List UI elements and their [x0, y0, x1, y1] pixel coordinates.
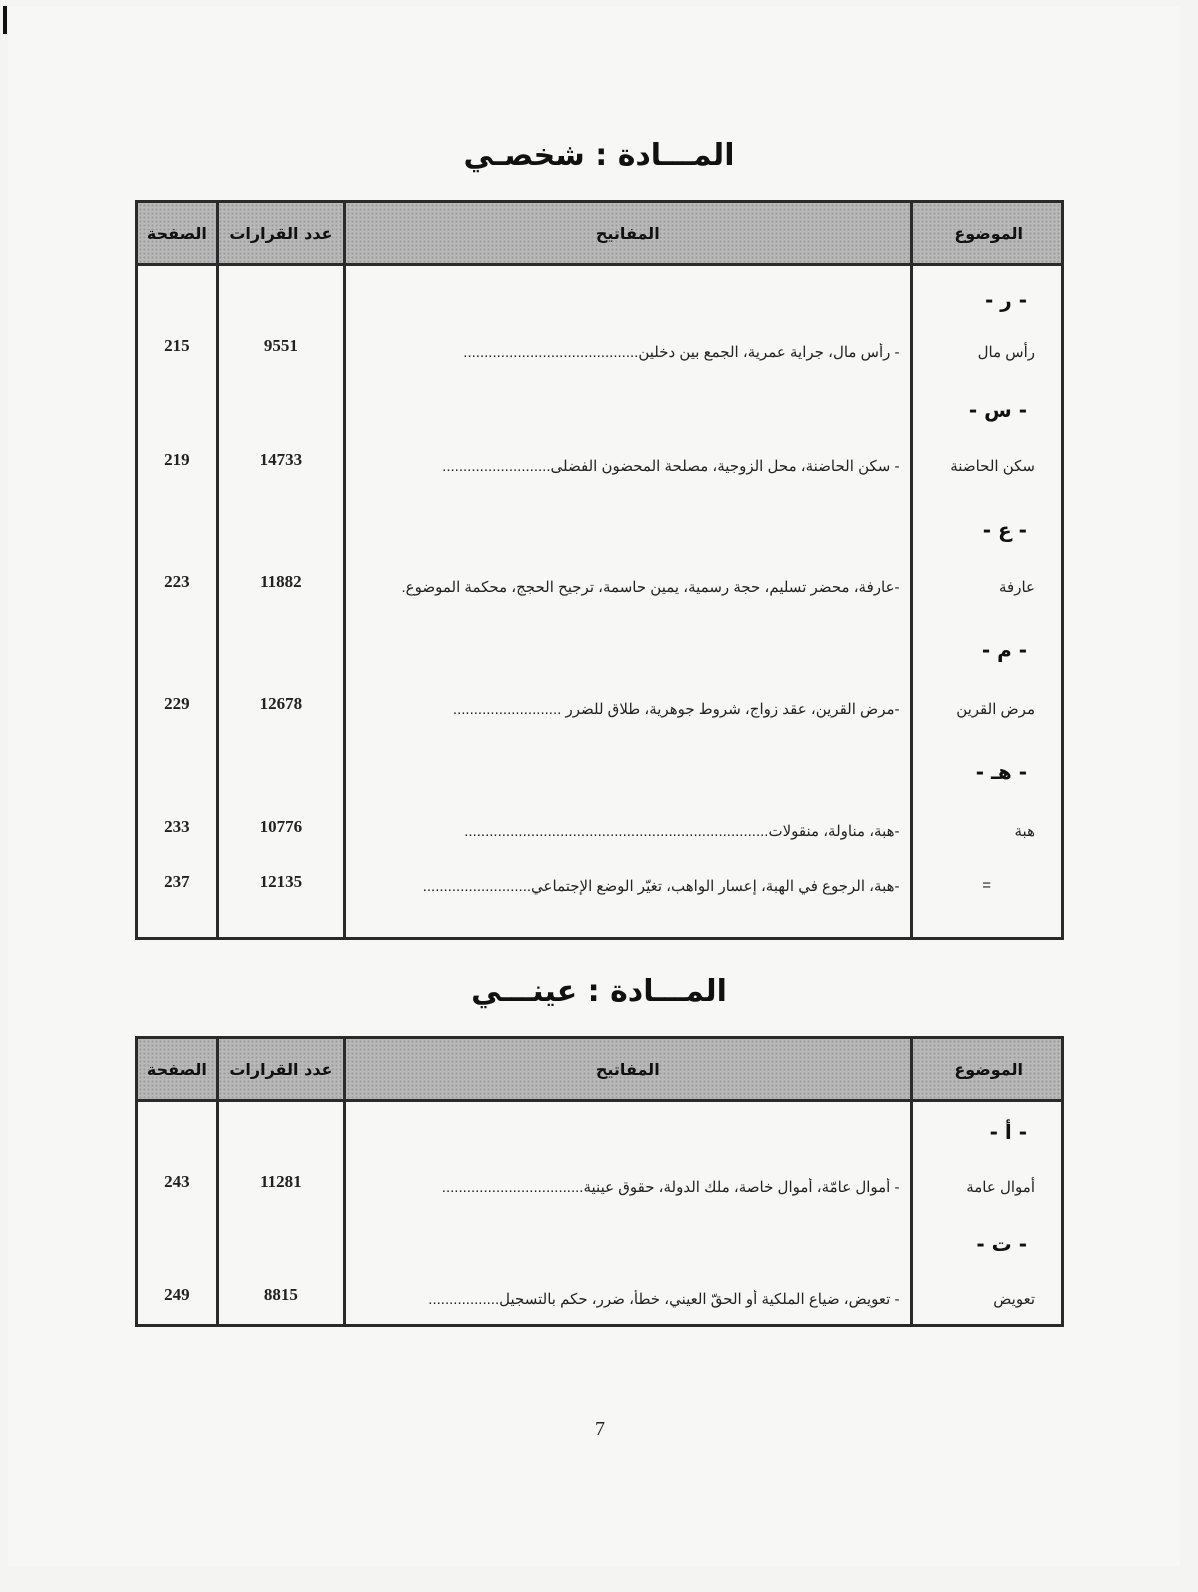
keywords-entry: -هبة، الرجوع في الهبة، إعسار الواهب، تغي… [346, 877, 910, 895]
section-title-real: المـــادة : عينـــي [135, 974, 1063, 1009]
header-keywords: المفاتيح [345, 202, 912, 265]
page-value: 215 [138, 336, 216, 356]
keywords-entry: - أموال عامّة، أموال خاصة، ملك الدولة، ح… [346, 1178, 910, 1196]
decision-number: 8815 [219, 1285, 343, 1305]
decision-number: 11281 [219, 1172, 343, 1192]
subject-entry: تعويض [913, 1290, 1061, 1308]
decision-number: 10776 [219, 817, 343, 837]
page-value: 229 [138, 694, 216, 714]
subject-entry: مرض القرين [913, 700, 1061, 718]
page-value: 249 [138, 1285, 216, 1305]
letter-heading: - هـ - [913, 760, 1061, 784]
page-value: 233 [138, 817, 216, 837]
page-number: 7 [560, 1418, 640, 1441]
letter-heading: - ع - [913, 518, 1061, 542]
letter-heading: - م - [913, 638, 1061, 662]
keywords-entry: -هبة، مناولة، منقولات...................… [346, 822, 910, 840]
decision-number: 9551 [219, 336, 343, 356]
index-table-real: الصفحة عدد القرارات المفاتيح الموضوع 243… [135, 1036, 1064, 1327]
decision-number: 12678 [219, 694, 343, 714]
keywords-entry: - سكن الحاضنة، محل الزوجية، مصلحة المحضو… [346, 457, 910, 475]
letter-heading: - أ - [913, 1120, 1061, 1144]
decision-number-column: 11281 8815 [217, 1101, 344, 1326]
header-page: الصفحة [137, 202, 218, 265]
table-header-row: الصفحة عدد القرارات المفاتيح الموضوع [137, 202, 1063, 265]
page-column: 215 219 223 229 233 237 [137, 265, 218, 939]
header-page: الصفحة [137, 1038, 218, 1101]
keywords-entry: - تعويض، ضياع الملكية أو الحقّ العيني، خ… [346, 1290, 910, 1308]
page-column: 243 249 [137, 1101, 218, 1326]
header-keywords: المفاتيح [345, 1038, 912, 1101]
subject-entry-ditto: = [913, 877, 1061, 894]
subject-entry: هبة [913, 822, 1061, 840]
subject-entry: رأس مال [913, 343, 1061, 361]
page-value: 219 [138, 450, 216, 470]
letter-heading: - ت - [913, 1232, 1061, 1256]
subject-column: - ر - رأس مال - س - سكن الحاضنة - ع - عا… [911, 265, 1062, 939]
section-title-personal: المـــادة : شخصـي [135, 138, 1063, 173]
subject-column: - أ - أموال عامة - ت - تعويض [911, 1101, 1062, 1326]
decision-number: 11882 [219, 572, 343, 592]
header-decision-count: عدد القرارات [217, 202, 344, 265]
keywords-column: - رأس مال، جراية عمرية، الجمع بين دخلين.… [345, 265, 912, 939]
scan-edge-mark [3, 6, 7, 34]
index-table-personal: الصفحة عدد القرارات المفاتيح الموضوع 215… [135, 200, 1064, 940]
decision-number: 12135 [219, 872, 343, 892]
decision-number: 14733 [219, 450, 343, 470]
keywords-column: - أموال عامّة، أموال خاصة، ملك الدولة، ح… [345, 1101, 912, 1326]
header-subject: الموضوع [911, 1038, 1062, 1101]
subject-entry: سكن الحاضنة [913, 457, 1061, 475]
letter-heading: - ر - [913, 288, 1061, 312]
letter-heading: - س - [913, 398, 1061, 422]
keywords-entry: -مرض القرين، عقد زواج، شروط جوهرية، طلاق… [346, 700, 910, 718]
page-value: 237 [138, 872, 216, 892]
subject-entry: أموال عامة [913, 1178, 1061, 1196]
page-value: 243 [138, 1172, 216, 1192]
subject-entry: عارفة [913, 578, 1061, 596]
decision-number-column: 9551 14733 11882 12678 10776 12135 [217, 265, 344, 939]
page-value: 223 [138, 572, 216, 592]
table-header-row: الصفحة عدد القرارات المفاتيح الموضوع [137, 1038, 1063, 1101]
keywords-entry: - رأس مال، جراية عمرية، الجمع بين دخلين.… [346, 343, 910, 361]
header-subject: الموضوع [911, 202, 1062, 265]
keywords-entry: -عارفة، محضر تسليم، حجة رسمية، يمين حاسم… [346, 578, 910, 596]
header-decision-count: عدد القرارات [217, 1038, 344, 1101]
